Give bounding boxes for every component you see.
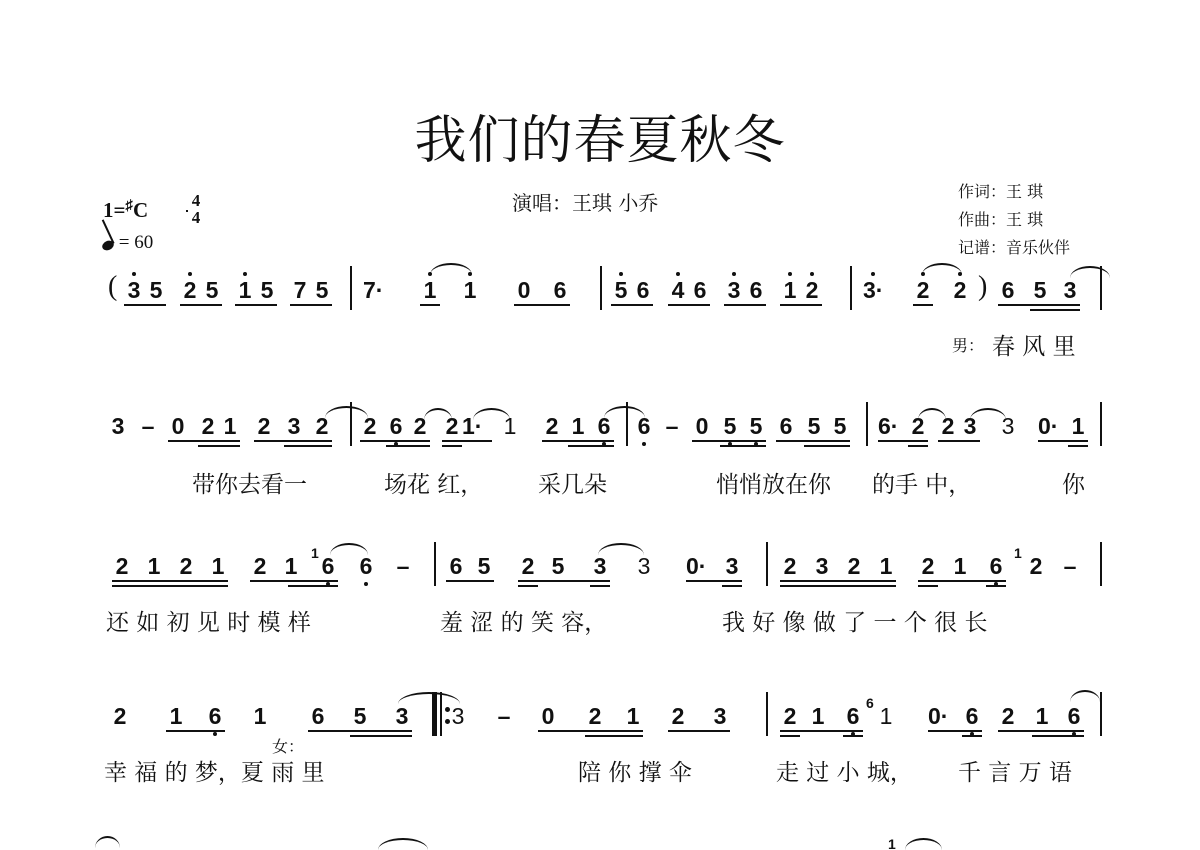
beam-underline	[908, 445, 928, 447]
beam-underline	[284, 445, 332, 447]
jianpu-note: 3·	[863, 277, 883, 303]
sharp-icon: ♯	[125, 198, 133, 214]
beam-underline	[692, 440, 766, 442]
beam-underline	[585, 735, 643, 737]
jianpu-note: 2	[998, 703, 1018, 729]
beam-underline	[112, 585, 228, 587]
jianpu-note: 0	[692, 413, 712, 439]
lyric-text: 我 好 像 做 了 一 个 很 长	[722, 604, 988, 637]
lyric-text: 羞 涩 的 笑 容，	[440, 604, 607, 637]
jianpu-note: 1	[623, 703, 643, 729]
bar-line	[766, 542, 768, 586]
beam-underline	[668, 304, 710, 306]
lyric-text: 悄悄放在你	[716, 466, 831, 499]
jianpu-note: 5	[146, 277, 166, 303]
jianpu-note: 2	[668, 703, 688, 729]
jianpu-note: 3	[634, 553, 654, 579]
jianpu-note: 6	[1064, 703, 1084, 729]
beam-underline	[168, 440, 240, 442]
song-title: 我们的春夏秋冬	[0, 98, 1200, 173]
beam-underline	[518, 585, 538, 587]
slur-arc	[922, 263, 962, 275]
key-signature: 1=♯C	[103, 198, 148, 223]
bar-line	[1100, 542, 1102, 586]
jianpu-note: 3	[284, 413, 304, 439]
jianpu-note: 6	[962, 703, 982, 729]
octave-up-dot	[810, 272, 814, 276]
beam-underline	[668, 730, 730, 732]
jianpu-note: 5	[804, 413, 824, 439]
jianpu-note: 1	[281, 553, 301, 579]
beam-underline	[913, 304, 933, 306]
beam-underline	[446, 580, 494, 582]
jianpu-note: 5	[830, 413, 850, 439]
jianpu-note: 2	[112, 553, 132, 579]
lyric-text: 千 言 万 语	[958, 754, 1072, 787]
jianpu-note: 3	[108, 413, 128, 439]
beam-underline	[1038, 440, 1088, 442]
transcriber-credit: 记谱：音乐伙伴	[958, 234, 1070, 262]
lyric-text: 采几朵	[538, 466, 607, 499]
slur-arc	[398, 692, 460, 704]
beam-underline	[254, 440, 332, 442]
jianpu-note: 3	[724, 277, 744, 303]
grace-note: 1	[888, 836, 896, 850]
octave-down-dot	[213, 732, 217, 736]
beam-underline	[938, 440, 980, 442]
lyric-text: 春 风 里	[992, 328, 1076, 361]
jianpu-note: 6·	[878, 413, 898, 439]
jianpu-note: –	[494, 703, 514, 729]
beam-underline	[442, 445, 462, 447]
voice-label: 男：	[952, 333, 984, 356]
jianpu-note: 6	[843, 703, 863, 729]
jianpu-note: 1	[1068, 413, 1088, 439]
beam-underline	[290, 304, 332, 306]
slur-arc	[330, 543, 368, 555]
octave-up-dot	[732, 272, 736, 276]
bar-line	[1100, 402, 1102, 446]
bar-line	[850, 266, 852, 310]
octave-down-dot	[642, 442, 646, 446]
beam-underline	[686, 580, 742, 582]
jianpu-note: 2	[254, 413, 274, 439]
jianpu-note: 0	[514, 277, 534, 303]
octave-up-dot	[188, 272, 192, 276]
slur-arc	[95, 836, 120, 848]
time-signature: 4 4	[186, 192, 206, 226]
lyricist-credit: 作词：王 琪	[958, 178, 1070, 206]
jianpu-note: 6	[205, 703, 225, 729]
jianpu-note: 2	[110, 703, 130, 729]
repeat-dot	[445, 707, 450, 712]
octave-up-dot	[676, 272, 680, 276]
slur-arc	[604, 406, 645, 418]
jianpu-note: 5	[720, 413, 740, 439]
beam-underline	[928, 730, 982, 732]
jianpu-note: 7·	[363, 277, 383, 303]
jianpu-note: 5	[548, 553, 568, 579]
jianpu-note: 1	[876, 703, 896, 729]
jianpu-note: 2	[780, 703, 800, 729]
octave-up-dot	[871, 272, 875, 276]
lyric-text: 还 如 初 见 时 模 样	[106, 604, 311, 637]
beam-underline	[235, 304, 277, 306]
jianpu-note: –	[1060, 553, 1080, 579]
jianpu-note: 1	[166, 703, 186, 729]
jianpu-note: 1	[235, 277, 255, 303]
beam-underline	[538, 730, 643, 732]
beam-underline	[776, 440, 850, 442]
jianpu-note: 3	[392, 703, 412, 729]
slur-arc	[970, 408, 1006, 420]
beam-underline	[780, 585, 896, 587]
beam-underline	[124, 304, 166, 306]
lyric-text: 幸 福 的 梦，夏 雨 里	[104, 754, 325, 787]
jianpu-note: 6	[356, 553, 376, 579]
jianpu-note: 0·	[686, 553, 706, 579]
slur-arc	[1070, 266, 1110, 278]
beam-underline	[780, 304, 822, 306]
beam-underline	[780, 735, 800, 737]
jianpu-note: 0·	[1038, 413, 1058, 439]
jianpu-note: 5	[257, 277, 277, 303]
beam-underline	[442, 440, 492, 442]
beam-underline	[878, 440, 928, 442]
bar-line	[600, 266, 602, 310]
grace-note: 1	[311, 545, 319, 561]
singer-credit: 演唱：王琪 小乔	[512, 187, 658, 216]
jianpu-note: 5	[312, 277, 332, 303]
octave-up-dot	[788, 272, 792, 276]
jianpu-note: 1	[220, 413, 240, 439]
slur-arc	[905, 838, 942, 850]
beam-underline	[386, 445, 430, 447]
slur-arc	[473, 408, 510, 420]
lyric-text: 你	[1062, 466, 1085, 499]
jianpu-note: 0	[168, 413, 188, 439]
jianpu-note: 2	[542, 413, 562, 439]
beam-underline	[1032, 735, 1084, 737]
bar-line	[1100, 692, 1102, 736]
beam-underline	[986, 585, 1006, 587]
jianpu-note: 6	[633, 277, 653, 303]
jianpu-note: 6	[998, 277, 1018, 303]
jianpu-note: 1	[808, 703, 828, 729]
quarter-note-icon	[101, 239, 116, 252]
bar-line	[434, 542, 436, 586]
beam-underline	[843, 735, 863, 737]
jianpu-note: 1	[568, 413, 588, 439]
grace-note: 6	[866, 695, 874, 711]
octave-up-dot	[619, 272, 623, 276]
jianpu-note: 1	[460, 277, 480, 303]
jianpu-note: 1	[144, 553, 164, 579]
beam-underline	[180, 304, 222, 306]
beam-underline	[962, 735, 982, 737]
beam-underline	[722, 585, 742, 587]
beam-underline	[198, 445, 240, 447]
slur-arc	[598, 543, 644, 555]
beam-underline	[1030, 309, 1080, 311]
lyric-text: 场花 红，	[384, 466, 483, 499]
beam-underline	[542, 440, 614, 442]
lyric-text: 的手 中，	[872, 466, 971, 499]
octave-down-dot	[364, 582, 368, 586]
jianpu-note: 5	[474, 553, 494, 579]
jianpu-note: –	[393, 553, 413, 579]
jianpu-note: 3	[1060, 277, 1080, 303]
jianpu-note: 5	[611, 277, 631, 303]
jianpu-note: 1	[780, 277, 800, 303]
jianpu-note: 7	[290, 277, 310, 303]
jianpu-note: 6	[318, 553, 338, 579]
jianpu-note: 3	[710, 703, 730, 729]
jianpu-note: 6	[550, 277, 570, 303]
beam-underline	[360, 440, 430, 442]
jianpu-note: 1	[950, 553, 970, 579]
beam-underline	[998, 730, 1084, 732]
composer-credit: 作曲：王 琪	[958, 206, 1070, 234]
jianpu-note: 3	[448, 703, 468, 729]
jianpu-note: 2	[950, 277, 970, 303]
beam-underline	[250, 580, 338, 582]
bar-line	[866, 402, 868, 446]
beam-underline	[1068, 445, 1088, 447]
beam-underline	[350, 735, 412, 737]
jianpu-note: 2	[780, 553, 800, 579]
jianpu-note: –	[662, 413, 682, 439]
jianpu-note: 2	[198, 413, 218, 439]
beam-underline	[611, 304, 653, 306]
jianpu-note: 6	[386, 413, 406, 439]
beam-underline	[166, 730, 225, 732]
jianpu-note: 6	[776, 413, 796, 439]
jianpu-note: 2	[802, 277, 822, 303]
jianpu-note: 3	[590, 553, 610, 579]
jianpu-note: 6	[308, 703, 328, 729]
slur-arc	[325, 406, 368, 418]
jianpu-note: 2	[180, 277, 200, 303]
jianpu-note: 2	[1026, 553, 1046, 579]
jianpu-note: 2	[518, 553, 538, 579]
jianpu-note: 0	[538, 703, 558, 729]
voice-label: 女：	[272, 734, 304, 757]
grace-note: 1	[1014, 545, 1022, 561]
jianpu-note: 1	[208, 553, 228, 579]
jianpu-note: 3	[124, 277, 144, 303]
beam-underline	[804, 445, 850, 447]
beam-underline	[308, 730, 412, 732]
jianpu-note: 5	[202, 277, 222, 303]
jianpu-note: –	[138, 413, 158, 439]
jianpu-note: 6	[446, 553, 466, 579]
bar-line	[350, 266, 352, 310]
slur-arc	[430, 263, 472, 275]
jianpu-note: 1	[876, 553, 896, 579]
jianpu-note: 2	[585, 703, 605, 729]
jianpu-note: 2	[250, 553, 270, 579]
jianpu-note: 1	[420, 277, 440, 303]
repeat-dot	[445, 719, 450, 724]
slur-arc	[424, 408, 452, 420]
jianpu-note: 3	[812, 553, 832, 579]
beam-underline	[998, 304, 1080, 306]
jianpu-note: 5	[746, 413, 766, 439]
repeat-barline-thin	[440, 692, 442, 736]
beam-underline	[780, 730, 863, 732]
beam-underline	[590, 585, 610, 587]
jianpu-note: 0·	[928, 703, 948, 729]
beam-underline	[288, 585, 338, 587]
jianpu-note: 1	[1032, 703, 1052, 729]
beam-underline	[918, 585, 938, 587]
jianpu-note: 5	[1030, 277, 1050, 303]
beam-underline	[780, 580, 896, 582]
slur-arc	[378, 838, 428, 850]
jianpu-note: 4	[668, 277, 688, 303]
jianpu-note: 1	[250, 703, 270, 729]
lyric-text: 走 过 小 城，	[776, 754, 913, 787]
beam-underline	[720, 445, 766, 447]
beam-underline	[112, 580, 228, 582]
repeat-barline-thick	[432, 692, 437, 736]
jianpu-note: 5	[350, 703, 370, 729]
octave-up-dot	[243, 272, 247, 276]
beam-underline	[518, 580, 610, 582]
beam-underline	[420, 304, 440, 306]
credits-block: 作词：王 琪 作曲：王 琪 记谱：音乐伙伴	[958, 178, 1070, 262]
octave-up-dot	[132, 272, 136, 276]
jianpu-note: 2	[844, 553, 864, 579]
beam-underline	[514, 304, 570, 306]
lyric-text: 带你去看一	[192, 466, 307, 499]
jianpu-note: 6	[690, 277, 710, 303]
jianpu-note: 2	[918, 553, 938, 579]
jianpu-note: 2	[913, 277, 933, 303]
beam-underline	[568, 445, 614, 447]
jianpu-note: 3	[722, 553, 742, 579]
tempo-marking: = 60	[102, 232, 153, 254]
bracket: (	[108, 271, 117, 303]
jianpu-note: 6	[986, 553, 1006, 579]
bracket: )	[978, 271, 987, 303]
lyric-text: 陪 你 撑 伞	[578, 754, 692, 787]
beam-underline	[918, 580, 1006, 582]
beam-underline	[724, 304, 766, 306]
slur-arc	[1070, 690, 1100, 702]
jianpu-note: 6	[746, 277, 766, 303]
jianpu-note: 2	[176, 553, 196, 579]
bar-line	[766, 692, 768, 736]
slur-arc	[918, 408, 946, 420]
